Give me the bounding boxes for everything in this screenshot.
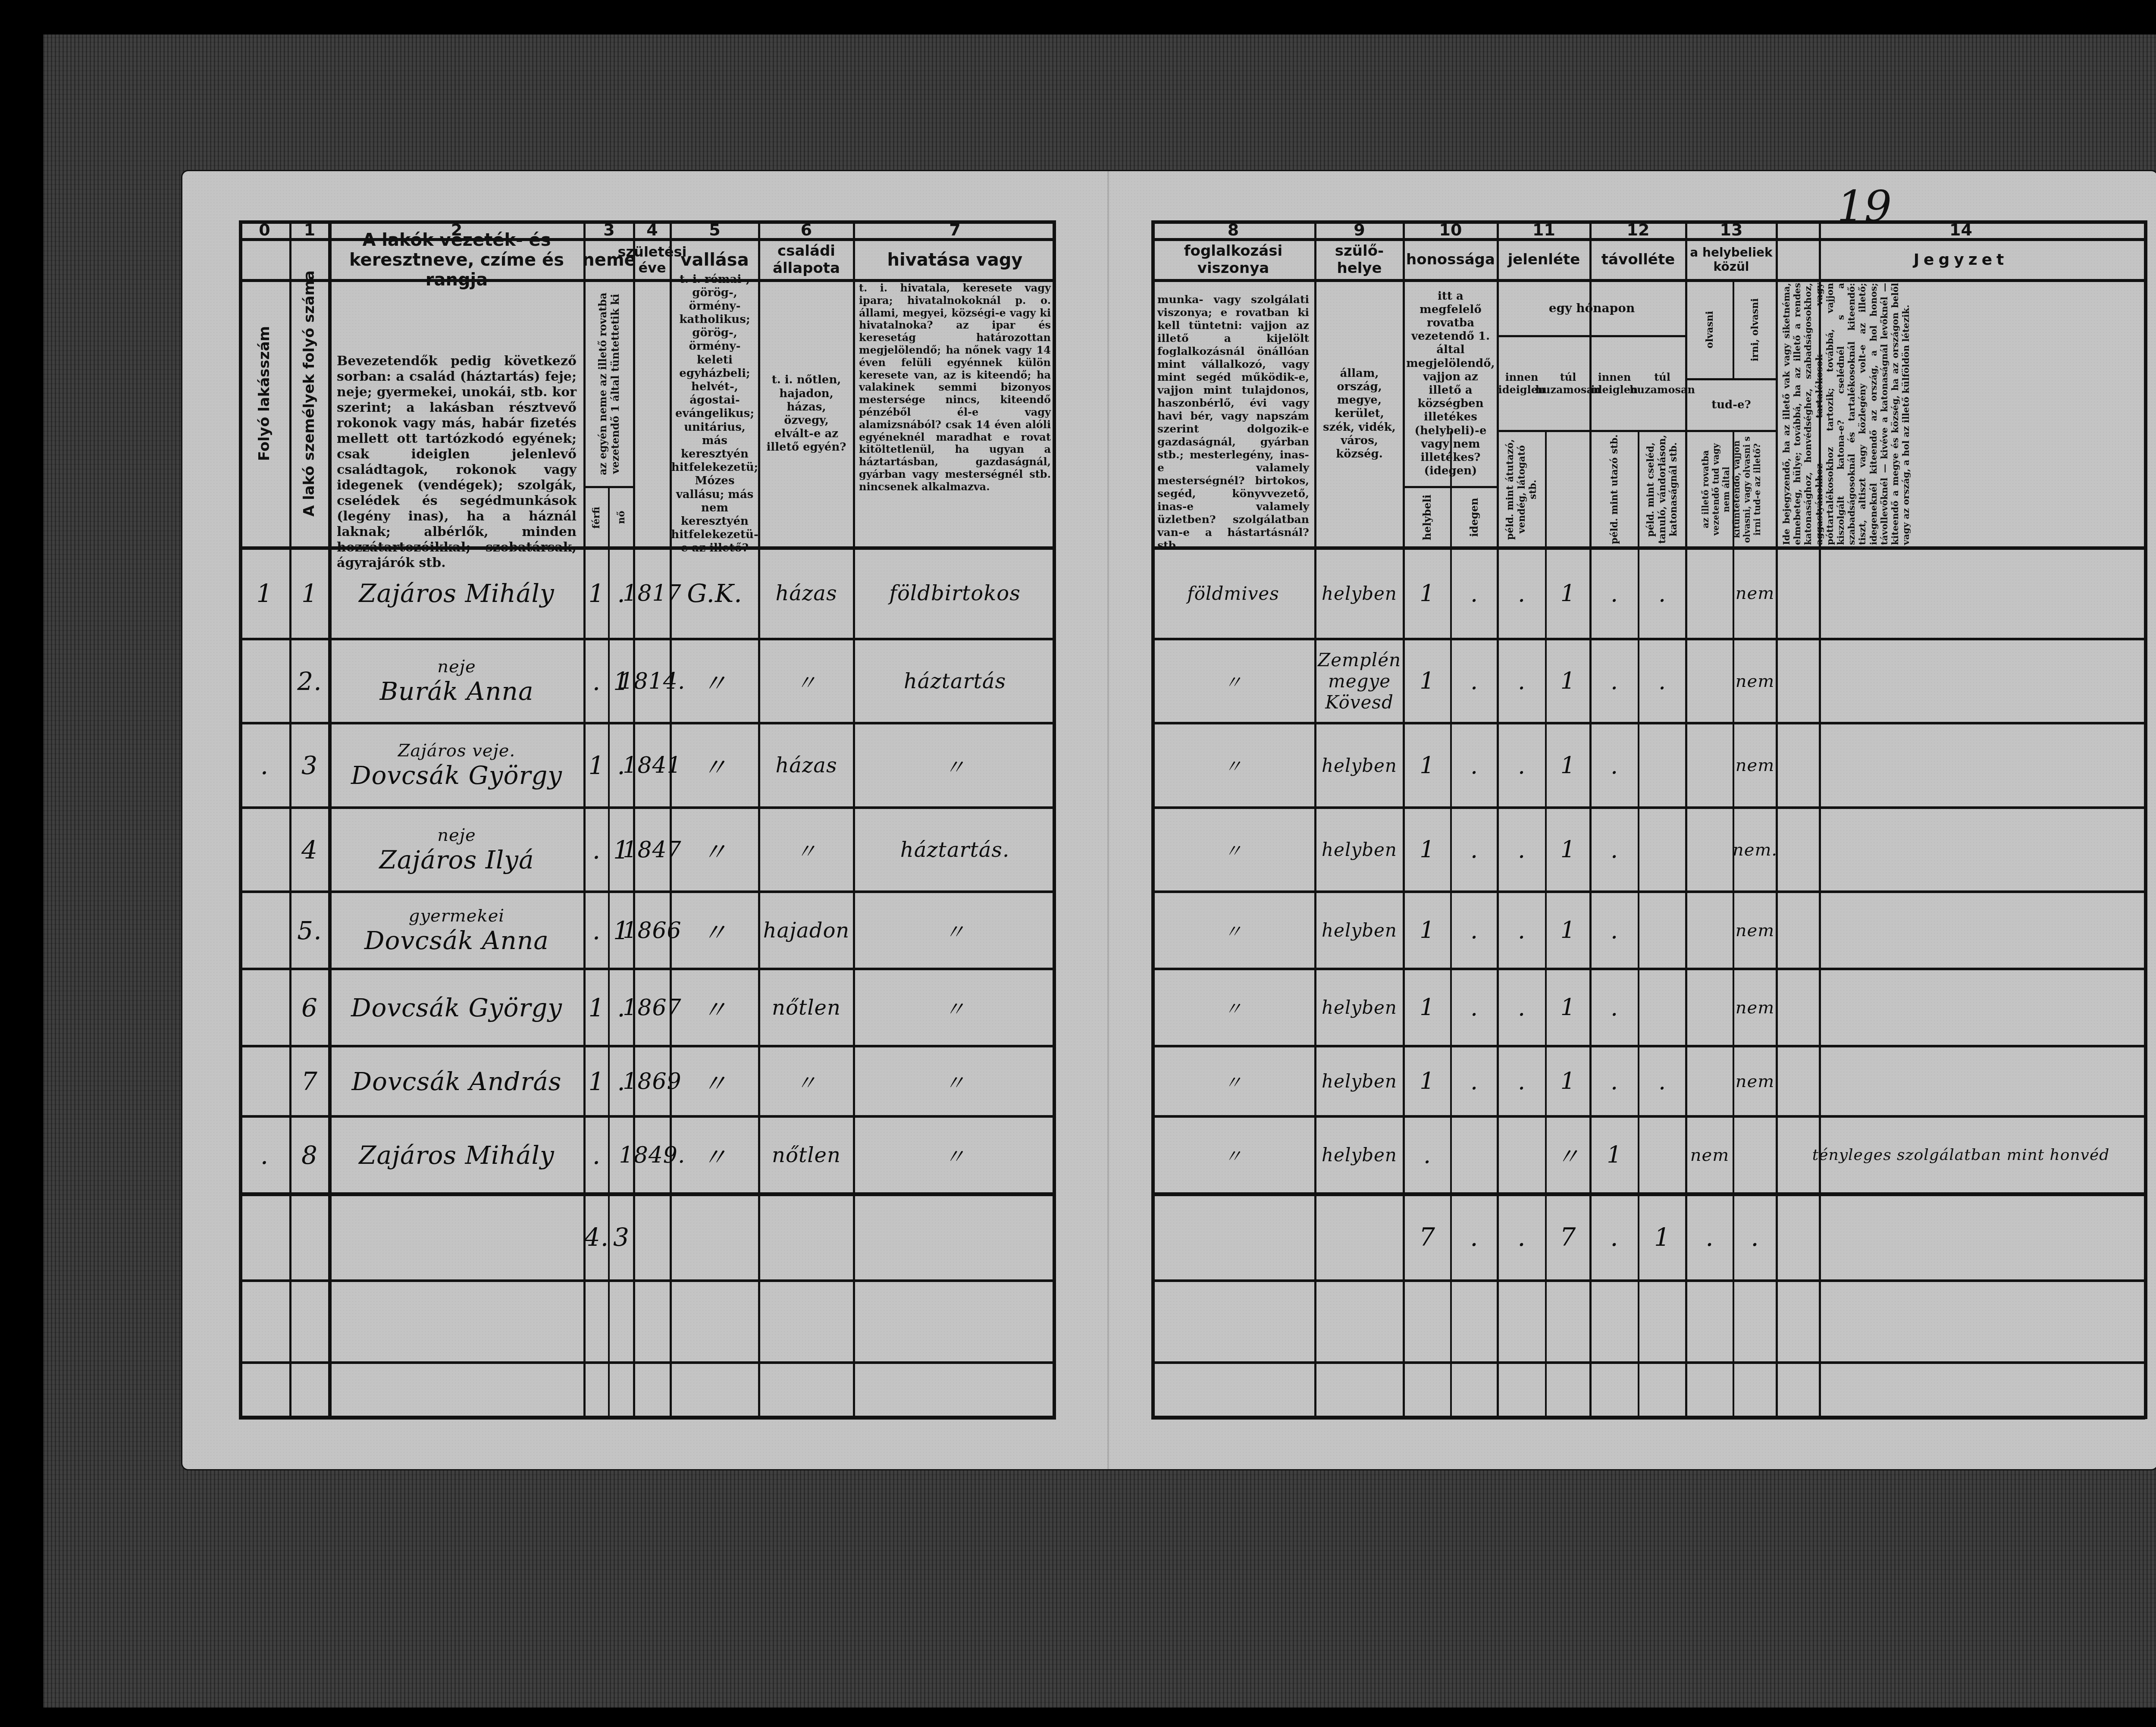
header-literacy-desc: az illető rovatba vezetendő tud vagy nem… [1686, 431, 1777, 548]
header-marital-desc-text: t. i. nőtlen, hajadon, házas, özvegy, el… [763, 373, 849, 454]
cell-foreign-text: . [1470, 994, 1478, 1021]
header-read: olvasni [1686, 280, 1733, 379]
cell-birthplace-text: helyben [1322, 583, 1397, 604]
cell-occupation-text: 〃 [944, 1140, 965, 1170]
cell-absent-short-text: . [1611, 668, 1618, 695]
cell-note [1777, 969, 2145, 1046]
cell-foreign-text: . [1470, 917, 1478, 944]
header-name-instructions-text: Bevezetendők pedig következő sorban: a c… [337, 354, 577, 571]
cell-male-text: . [592, 835, 601, 865]
cell-write-read: nem [1733, 723, 1777, 808]
cell-write-read-text: nem [1736, 998, 1774, 1018]
name-text: Dovcsák György [351, 761, 562, 790]
cell-absent-short: . [1590, 892, 1639, 969]
cell-religion: 〃 [671, 639, 759, 723]
cell-absent-long-text: . [1658, 1068, 1666, 1095]
header-notes: Jegyzet [1777, 239, 2145, 280]
column-number: 5 [671, 220, 759, 239]
cell-employment: 〃 [1151, 1046, 1315, 1116]
cell-write-read: nem. [1733, 808, 1777, 892]
cell-religion-text: 〃 [702, 832, 727, 868]
cell-local-text: 1 [1420, 994, 1435, 1021]
header-occupation-text: hivatása vagy [887, 250, 1023, 270]
cell-male: . [584, 1116, 609, 1194]
column-number: 10 [1404, 220, 1498, 239]
total-local: 7 [1404, 1194, 1451, 1281]
header-absent-note-b: péld. mint cseléd, tanuló, vándorláson, … [1639, 431, 1686, 548]
cell-absent-long: . [1639, 1046, 1686, 1116]
cell-male: 1 [584, 723, 609, 808]
cell-absent-short: . [1590, 1046, 1639, 1116]
cell-person-number: 4 [290, 808, 329, 892]
cell-religion-text: 〃 [702, 990, 727, 1026]
header-religion-text: vallása [680, 250, 749, 270]
cell-absent-long: . [1639, 639, 1686, 723]
cell-dwelling-number [239, 892, 290, 969]
cell-dwelling-number [239, 1046, 290, 1116]
cell-name: Dovcsák György [329, 969, 584, 1046]
cell-note [1777, 639, 2145, 723]
cell-absent-short: 1 [1590, 1116, 1639, 1194]
cell-religion-text: 〃 [702, 747, 727, 784]
cell-write-read: nem [1733, 892, 1777, 969]
cell-dwelling-number-text: . [260, 751, 269, 780]
total-local-text: 7 [1419, 1222, 1435, 1252]
header-citizenship: honossága [1404, 239, 1498, 280]
header-dwelling-number: Folyó lakásszám [239, 239, 290, 548]
cell-read [1686, 548, 1733, 639]
column-number: 8 [1151, 220, 1315, 239]
header-absent-note-a: péld. mint utazó stb. [1590, 431, 1639, 548]
cell-marital: 〃 [759, 808, 854, 892]
cell-foreign: . [1451, 969, 1498, 1046]
cell-present-short: . [1498, 1046, 1546, 1116]
cell-dwelling-number-text: 1 [257, 579, 273, 608]
total-present-long: 7 [1546, 1194, 1590, 1281]
cell-male: . [584, 808, 609, 892]
cell-occupation-text: 〃 [944, 993, 965, 1022]
relation-text: neje [437, 657, 476, 677]
cell-foreign: . [1451, 723, 1498, 808]
cell-occupation-text: 〃 [944, 915, 965, 945]
column-number-text: 10 [1439, 220, 1462, 239]
column-number-text: 14 [1949, 220, 1972, 239]
header-birthplace-desc-text: állam, ország, megye, kerület, szék, vid… [1319, 367, 1399, 461]
cell-present-long-text: 1 [1561, 1068, 1576, 1095]
cell-person-number: 8 [290, 1116, 329, 1194]
header-absence-text: távolléte [1601, 251, 1675, 268]
cell-absent-short-text: . [1611, 1068, 1618, 1095]
relation-text: Zajáros veje. [398, 741, 515, 761]
header-absent-note-b-text: péld. mint cseléd, tanuló, vándorláson, … [1645, 434, 1679, 545]
cell-employment-text: 〃 [1224, 918, 1242, 943]
header-literacy-text: a helybeliek közül [1686, 246, 1777, 273]
cell-marital: házas [759, 723, 854, 808]
header-presence: jelenléte [1498, 239, 1590, 280]
cell-occupation: háztartás [854, 639, 1056, 723]
column-number-text: 11 [1532, 220, 1555, 239]
cell-marital-text: 〃 [796, 1066, 817, 1096]
cell-birth-year: 1817 [634, 548, 671, 639]
cell-write-read: nem [1733, 1046, 1777, 1116]
cell-person-number: 6 [290, 969, 329, 1046]
cell-employment: 〃 [1151, 892, 1315, 969]
cell-occupation-text: háztartás. [900, 838, 1009, 862]
cell-write-read: nem [1733, 639, 1777, 723]
cell-foreign: . [1451, 892, 1498, 969]
cell-birthplace-text: helyben [1322, 755, 1397, 776]
cell-local-text: 1 [1420, 668, 1435, 695]
header-citizenship-desc-text: itt a megfelelő rovatba vezetendő 1. ált… [1406, 290, 1495, 478]
cell-name: Dovcsák András [329, 1046, 584, 1116]
cell-person-number-text: 4 [301, 835, 318, 865]
cell-present-short [1498, 1116, 1546, 1194]
header-religion-desc-text: t. i. római-, görög-, örmény-katholikus;… [671, 273, 758, 555]
cell-occupation: 〃 [854, 723, 1056, 808]
column-number: 0 [239, 220, 290, 239]
cell-present-short-text: . [1518, 917, 1526, 944]
cell-religion-text: 〃 [702, 912, 727, 949]
cell-write-read: nem [1733, 548, 1777, 639]
cell-birth-year: 1866 [634, 892, 671, 969]
cell-religion: G.K. [671, 548, 759, 639]
cell-write-read [1733, 1116, 1777, 1194]
header-female-text: nő [616, 511, 627, 524]
cell-present-long-text: 〃 [1556, 1138, 1580, 1172]
name-text: Dovcsák András [351, 1067, 561, 1096]
cell-present-short: . [1498, 723, 1546, 808]
cell-marital: 〃 [759, 639, 854, 723]
total-absent-short: . [1590, 1194, 1639, 1281]
total-absent-long-text: 1 [1654, 1222, 1670, 1252]
cell-employment-text: 〃 [1224, 668, 1242, 694]
header-occupation-desc: t. i. hivatala, keresete vagy ipara; hiv… [854, 280, 1056, 548]
cell-absent-long [1639, 892, 1686, 969]
cell-name: Zajáros Mihály [329, 548, 584, 639]
cell-birthplace: helyben [1315, 892, 1404, 969]
cell-foreign-text: . [1470, 836, 1478, 863]
page-gutter [1107, 171, 1109, 1469]
cell-local-text: 1 [1420, 752, 1435, 779]
header-dwelling-number-text: Folyó lakásszám [256, 326, 273, 461]
cell-religion-text: G.K. [687, 579, 742, 608]
header-occupation-desc-text: t. i. hivatala, keresete vagy ipara; hiv… [859, 282, 1051, 493]
header-male-text: férfi [591, 506, 602, 528]
header-literacy-desc-text: az illető rovatba vezetendő tud vagy nem… [1700, 434, 1762, 545]
cell-present-long-text: 1 [1561, 836, 1576, 863]
cell-foreign-text: . [1470, 752, 1478, 779]
cell-note [1777, 1046, 2145, 1116]
cell-name: gyermekeiDovcsák Anna [329, 892, 584, 969]
header-write-read-text: irni, olvasni [1749, 298, 1761, 361]
cell-dwelling-number: . [239, 723, 290, 808]
cell-birthplace: helyben [1315, 1116, 1404, 1194]
column-number: 13 [1686, 220, 1777, 239]
cell-foreign: . [1451, 548, 1498, 639]
cell-local-text: 1 [1420, 1068, 1435, 1095]
column-number-text: 12 [1627, 220, 1650, 239]
column-number: 6 [759, 220, 854, 239]
cell-present-long: 1 [1546, 548, 1590, 639]
cell-occupation-text: háztartás [904, 669, 1006, 693]
cell-read [1686, 723, 1733, 808]
cell-local: 1 [1404, 548, 1451, 639]
cell-birthplace: Zemplén megye Kövesd [1315, 639, 1404, 723]
name-text: Burák Anna [379, 677, 533, 706]
cell-occupation-text: 〃 [944, 1066, 965, 1096]
cell-foreign: . [1451, 1046, 1498, 1116]
header-employment-desc-text: munka- vagy szolgálati viszonya; e rovat… [1157, 293, 1309, 552]
cell-local-text: 1 [1420, 580, 1435, 607]
cell-foreign-text: . [1470, 668, 1478, 695]
cell-note-text: tényleges szolgálatban mint honvéd [1812, 1146, 2110, 1164]
cell-birthplace: helyben [1315, 1046, 1404, 1116]
cell-present-short: . [1498, 808, 1546, 892]
cell-birthplace-text: helyben [1322, 920, 1397, 941]
header-sex-desc: az egyén neme az illető rovatba vezetend… [584, 280, 634, 487]
cell-read [1686, 639, 1733, 723]
header-birthplace-text: szülő-helye [1315, 243, 1404, 276]
cell-religion: 〃 [671, 1116, 759, 1194]
total-write-read: . [1733, 1194, 1777, 1281]
cell-name: nejeZajáros Ilyá [329, 808, 584, 892]
cell-person-number-text: 1 [301, 579, 318, 608]
cell-present-long: 1 [1546, 639, 1590, 723]
cell-name: nejeBurák Anna [329, 639, 584, 723]
cell-absent-short: . [1590, 639, 1639, 723]
cell-local: 1 [1404, 892, 1451, 969]
header-person-number-text: A lakó személyek folyó száma [301, 270, 318, 517]
column-number-text: 3 [603, 220, 614, 239]
header-name: A lakók vezeték- és keresztneve, czíme é… [329, 239, 584, 280]
cell-local: 1 [1404, 639, 1451, 723]
header-citizenship-desc: itt a megfelelő rovatba vezetendő 1. ált… [1404, 280, 1498, 487]
cell-occupation: 〃 [854, 1116, 1056, 1194]
cell-employment-text: 〃 [1224, 1069, 1242, 1094]
header-present-note: péld. mint átutazó, vendég, látogató stb… [1498, 431, 1546, 548]
cell-write-read-text: nem [1736, 921, 1774, 940]
cell-employment: 〃 [1151, 808, 1315, 892]
cell-person-number-text: 5. [297, 916, 322, 945]
cell-religion-text: 〃 [702, 663, 727, 699]
cell-marital-text: hajadon [763, 918, 850, 943]
cell-present-short: . [1498, 892, 1546, 969]
column-number-text: 9 [1354, 220, 1365, 239]
cell-occupation-text: földbirtokos [889, 581, 1021, 605]
cell-birth-year: 1869 [634, 1046, 671, 1116]
cell-marital-text: házas [775, 581, 837, 605]
cell-birthplace-text: helyben [1322, 839, 1397, 860]
cell-read: nem [1686, 1116, 1733, 1194]
cell-occupation: 〃 [854, 892, 1056, 969]
header-birthplace-desc: állam, ország, megye, kerület, szék, vid… [1315, 280, 1404, 548]
cell-male-text: . [592, 1141, 601, 1170]
cell-local: 1 [1404, 969, 1451, 1046]
header-foreign: idegen [1451, 487, 1498, 548]
header-employment-text: foglalkozási viszonya [1151, 243, 1315, 276]
cell-religion: 〃 [671, 723, 759, 808]
cell-absent-short-text: . [1611, 917, 1618, 944]
cell-present-long-text: 1 [1561, 917, 1576, 944]
cell-note [1777, 723, 2145, 808]
cell-marital-text: 〃 [796, 835, 817, 865]
header-write-read: irni, olvasni [1733, 280, 1777, 379]
total-present-long-text: 7 [1560, 1222, 1576, 1252]
header-literacy: a helybeliek közül [1686, 239, 1777, 280]
cell-dwelling-number [239, 969, 290, 1046]
header-absent-note-a-text: péld. mint utazó stb. [1609, 435, 1620, 545]
name-text: Dovcsák Anna [364, 926, 549, 955]
column-number: 7 [854, 220, 1056, 239]
cell-male-text: 1 [589, 993, 605, 1022]
cell-birthplace: helyben [1315, 808, 1404, 892]
header-employment-desc: munka- vagy szolgálati viszonya; e rovat… [1151, 280, 1315, 548]
cell-person-number-text: 6 [301, 993, 318, 1022]
relation-text: neje [437, 825, 476, 845]
cell-present-short-text: . [1518, 1068, 1526, 1095]
cell-male: . [584, 639, 609, 723]
name-text: Zajáros Mihály [359, 579, 554, 608]
cell-employment: 〃 [1151, 639, 1315, 723]
cell-local-text: . [1423, 1141, 1431, 1169]
cell-present-long: 1 [1546, 808, 1590, 892]
cell-birth-year: 1867 [634, 969, 671, 1046]
header-one-month: egy hónapon [1498, 280, 1686, 336]
header-absent-beyond-text: túl huzamosan [1630, 371, 1695, 396]
cell-local-text: 1 [1420, 917, 1435, 944]
cell-person-number-text: 8 [301, 1141, 318, 1170]
cell-religion: 〃 [671, 969, 759, 1046]
column-number-text: 7 [949, 220, 960, 239]
column-number-text: 8 [1228, 220, 1239, 239]
header-notes-desc: Ide bejegyzendő, ha az illető vak vagy s… [1777, 280, 2145, 548]
header-name-instructions: Bevezetendők pedig következő sorban: a c… [329, 280, 584, 548]
cell-local: 1 [1404, 1046, 1451, 1116]
cell-absent-short-text: . [1611, 994, 1618, 1021]
total-female: 3 [609, 1194, 634, 1281]
cell-employment-text: 〃 [1224, 995, 1242, 1021]
header-notes-text: Jegyzet [1914, 251, 2009, 269]
header-foreign-text: idegen [1468, 498, 1481, 537]
cell-employment: 〃 [1151, 723, 1315, 808]
cell-birth-year: 1847 [634, 808, 671, 892]
relation-text: gyermekei [409, 906, 505, 926]
cell-local: 1 [1404, 808, 1451, 892]
cell-marital: nőtlen [759, 969, 854, 1046]
cell-male: . [584, 892, 609, 969]
total-absent-short-text: . [1610, 1222, 1618, 1252]
cell-male-text: . [592, 667, 601, 696]
cell-read [1686, 892, 1733, 969]
header-birthplace: szülő-helye [1315, 239, 1404, 280]
cell-present-long-text: 1 [1561, 994, 1576, 1021]
header-one-month-text: egy hónapon [1549, 301, 1635, 316]
cell-absent-long [1639, 723, 1686, 808]
header-can-they-text: tud-e? [1711, 398, 1751, 412]
header-marital-status-text: családi állapota [759, 243, 854, 276]
cell-present-short-text: . [1518, 580, 1526, 607]
grid-line [1151, 1361, 2145, 1364]
cell-absent-short: . [1590, 969, 1639, 1046]
cell-religion: 〃 [671, 1046, 759, 1116]
cell-marital: nőtlen [759, 1116, 854, 1194]
cell-marital-text: 〃 [796, 666, 817, 696]
cell-present-short-text: . [1518, 752, 1526, 779]
cell-dwelling-number [239, 808, 290, 892]
total-male: 4. [584, 1194, 609, 1281]
header-absent-beyond: túl huzamosan [1639, 336, 1686, 431]
header-marital-status: családi állapota [759, 239, 854, 280]
cell-occupation: 〃 [854, 1046, 1056, 1116]
header-occupation: hivatása vagy [854, 239, 1056, 280]
cell-dwelling-number [239, 639, 290, 723]
cell-foreign [1451, 1116, 1498, 1194]
cell-male: 1 [584, 969, 609, 1046]
cell-person-number-text: 7 [301, 1067, 318, 1096]
column-number: 11 [1498, 220, 1590, 239]
cell-absent-short: . [1590, 808, 1639, 892]
column-number: 14 [1777, 220, 2145, 239]
cell-foreign: . [1451, 639, 1498, 723]
cell-present-long: 1 [1546, 969, 1590, 1046]
cell-marital: 〃 [759, 1046, 854, 1116]
cell-marital-text: házas [775, 753, 837, 777]
cell-marital-text: nőtlen [772, 1143, 841, 1167]
cell-religion: 〃 [671, 892, 759, 969]
cell-male-text: 1 [589, 1067, 605, 1096]
cell-birth-year: 1814. [634, 639, 671, 723]
cell-absent-short-text: . [1611, 752, 1618, 779]
name-text: Zajáros Ilyá [379, 845, 534, 874]
cell-absent-short: . [1590, 548, 1639, 639]
cell-male: 1 [584, 548, 609, 639]
name-text: Zajáros Mihály [359, 1141, 554, 1170]
total-absent-long: 1 [1639, 1194, 1686, 1281]
cell-present-short-text: . [1518, 836, 1526, 863]
total-female-text: 3 [613, 1222, 630, 1252]
cell-present-short: . [1498, 639, 1546, 723]
cell-employment-text: 〃 [1224, 837, 1242, 863]
cell-dwelling-number: . [239, 1116, 290, 1194]
header-employment: foglalkozási viszonya [1151, 239, 1315, 280]
cell-write-read-text: nem [1736, 671, 1774, 691]
header-local-text: helybeli [1421, 495, 1434, 540]
column-number-text: 0 [259, 220, 270, 239]
cell-absent-long-text: . [1658, 668, 1666, 695]
cell-name: Zajáros Mihály [329, 1116, 584, 1194]
cell-birthplace-text: helyben [1322, 997, 1397, 1018]
cell-male-text: . [592, 916, 601, 945]
column-number-text: 13 [1720, 220, 1743, 239]
cell-note [1777, 892, 2145, 969]
cell-birthplace-text: helyben [1322, 1144, 1397, 1166]
column-number-text: 1 [304, 220, 315, 239]
cell-marital-text: nőtlen [772, 996, 841, 1020]
cell-write-read-text: nem [1736, 583, 1774, 603]
cell-absent-short: . [1590, 723, 1639, 808]
cell-read [1686, 969, 1733, 1046]
total-foreign: . [1451, 1194, 1498, 1281]
header-religion-desc: t. i. római-, görög-, örmény-katholikus;… [671, 280, 759, 548]
cell-local: . [1404, 1116, 1451, 1194]
column-number: 1 [290, 220, 329, 239]
cell-person-number: 7 [290, 1046, 329, 1116]
header-present-beyond: túl huzamosan [1546, 336, 1590, 431]
total-read-text: . [1705, 1222, 1714, 1252]
cell-absent-short-text: . [1611, 836, 1618, 863]
header-presence-text: jelenléte [1508, 251, 1580, 268]
header-person-number: A lakó személyek folyó száma [290, 239, 329, 548]
